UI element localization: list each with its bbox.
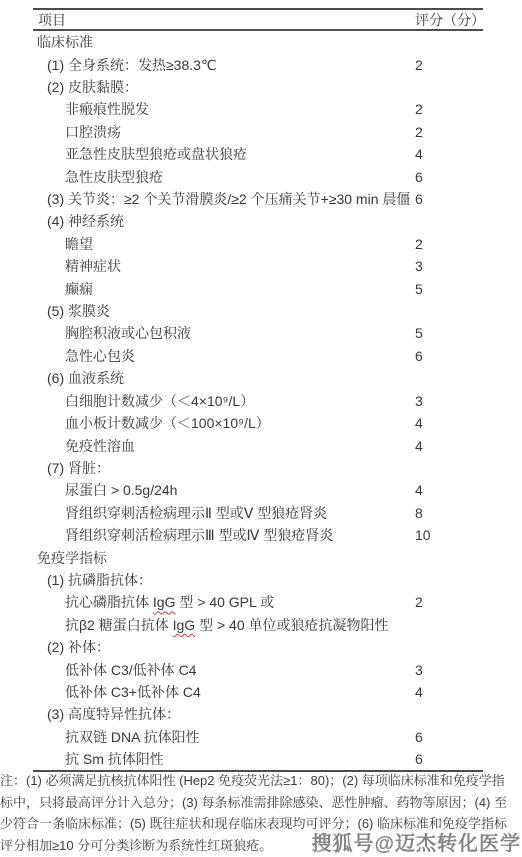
table-row: 临床标准 [33,31,483,53]
page: { "colors": { "text": "#383838", "rule":… [0,0,522,857]
table-row: 抗心磷脂抗体 IgG 型 > 40 GPL 或 2 [33,591,483,613]
row-score: 5 [415,281,423,297]
table-row: (6) 血液系统 [33,367,483,389]
row-score: 6 [415,751,423,767]
table-row: 低补体 C3/低补体 C4 3 [33,658,483,680]
table-row: 血小板计数减少（＜100×10⁹/L） 4 [33,412,483,434]
header-item-label: 项目 [33,10,66,30]
row-score: 8 [415,505,423,521]
table-row: (3) 高度特异性抗体： [33,703,483,725]
table-row: 亚急性皮肤型狼疮或盘状狼疮 4 [33,143,483,165]
table-row: 抗双链 DNA 抗体阳性 6 [33,726,483,748]
table-row: 急性皮肤型狼疮 6 [33,165,483,187]
table-row: 瞻望 2 [33,233,483,255]
row-score: 6 [415,169,423,185]
footnote-line: 标中，只将最高评分计入总分；(3) 每条标准需排除感染、恶性肿瘤、药物等原因；(… [0,792,522,814]
row-score: 2 [415,57,423,73]
row-label: 血小板计数减少（＜100×10⁹/L） [33,413,270,433]
row-label: 亚急性皮肤型狼疮或盘状狼疮 [33,144,247,164]
row-score: 6 [415,348,423,364]
row-label: (3) 关节炎：≥2 个关节滑膜炎/≥2 个压痛关节+≥30 min 晨僵 [33,189,410,209]
header-score-label: 评分（分） [415,10,483,30]
table-row: (2) 补体： [33,636,483,658]
row-score: 3 [415,662,423,678]
criteria-table: 项目 评分（分） 临床标准 (1) 全身系统：发热≥38.3℃ 2 (2) 皮肤… [33,8,483,772]
row-label: 抗心磷脂抗体 IgG 型 > 40 GPL 或 [33,592,274,612]
row-score: 6 [415,191,423,207]
table-row: 尿蛋白 > 0.5g/24h 4 [33,479,483,501]
row-label: 尿蛋白 > 0.5g/24h [33,480,177,500]
row-label: (2) 皮肤黏膜： [33,77,138,97]
table-row: 胸腔积液或心包积液 5 [33,322,483,344]
row-score: 5 [415,325,423,341]
footnote-line: 注：(1) 必须满足抗核抗体阳性 (Hep2 免疫荧光法≥1：80)；(2) 每… [0,770,522,792]
table-row: 肾组织穿刺活检病理示Ⅲ 型或Ⅳ 型狼疮肾炎 10 [33,524,483,546]
row-label: 白细胞计数减少（＜4×10⁹/L） [33,391,254,411]
table-row: 癫痫 5 [33,277,483,299]
row-label: 低补体 C3+低补体 C4 [33,682,201,702]
row-label: 瞻望 [33,234,93,254]
table-row: 精神症状 3 [33,255,483,277]
row-label: 低补体 C3/低补体 C4 [33,660,196,680]
row-label: 癫痫 [33,279,93,299]
table-row: (4) 神经系统 [33,210,483,232]
row-label: (1) 抗磷脂抗体： [33,570,152,590]
row-label: 口腔溃疡 [33,122,121,142]
row-score: 3 [415,258,423,274]
row-label: 肾组织穿刺活检病理示Ⅲ 型或Ⅳ 型狼疮肾炎 [33,525,333,545]
row-score: 4 [415,438,423,454]
table-row: 免疫性溶血 4 [33,434,483,456]
table-row: (1) 抗磷脂抗体： [33,569,483,591]
table-row: 肾组织穿刺活检病理示Ⅱ 型或Ⅴ 型狼疮肾炎 8 [33,502,483,524]
table-row: 白细胞计数减少（＜4×10⁹/L） 3 [33,390,483,412]
row-label: 精神症状 [33,256,121,276]
row-label: (4) 神经系统 [33,211,124,231]
table-row: 免疫学指标 [33,546,483,568]
table-row: (3) 关节炎：≥2 个关节滑膜炎/≥2 个压痛关节+≥30 min 晨僵 6 [33,188,483,210]
row-label: 抗 Sm 抗体阳性 [33,749,164,769]
table-row: 口腔溃疡 2 [33,121,483,143]
table-row: 抗 Sm 抗体阳性 6 [33,748,483,770]
table-row: (7) 肾脏： [33,457,483,479]
row-label: 抗β2 糖蛋白抗体 IgG 型 > 40 单位或狼疮抗凝物阳性 [33,615,389,635]
row-score: 2 [415,236,423,252]
row-label: (3) 高度特异性抗体： [33,704,180,724]
row-label: 急性皮肤型狼疮 [33,167,163,187]
row-label: 急性心包炎 [33,346,135,366]
row-label: (1) 全身系统：发热≥38.3℃ [33,55,217,75]
row-score: 2 [415,594,423,610]
row-label: 肾组织穿刺活检病理示Ⅱ 型或Ⅴ 型狼疮肾炎 [33,503,327,523]
row-score: 4 [415,684,423,700]
table-row: 急性心包炎 6 [33,345,483,367]
row-score: 3 [415,393,423,409]
row-label: 胸腔积液或心包积液 [33,323,191,343]
table-row: (2) 皮肤黏膜： [33,76,483,98]
table-rows: 临床标准 (1) 全身系统：发热≥38.3℃ 2 (2) 皮肤黏膜： 非瘢痕性脱… [33,31,483,772]
row-score: 4 [415,415,423,431]
row-label: 免疫学指标 [33,548,107,568]
row-score: 4 [415,146,423,162]
spellcheck-underline: IgG [173,617,196,633]
row-score: 4 [415,482,423,498]
row-label: (7) 肾脏： [33,458,110,478]
row-label: 免疫性溶血 [33,436,135,456]
row-label: 抗双链 DNA 抗体阳性 [33,727,200,747]
row-label: (2) 补体： [33,637,110,657]
row-label: 临床标准 [33,32,93,52]
table-header: 项目 评分（分） [33,10,483,31]
row-score: 2 [415,101,423,117]
table-row: (1) 全身系统：发热≥38.3℃ 2 [33,53,483,75]
watermark: 搜狐号@迈杰转化医学 [311,827,521,856]
spellcheck-underline: IgG [153,594,176,610]
table-row: 非瘢痕性脱发 2 [33,98,483,120]
row-label: (6) 血液系统 [33,368,124,388]
row-label: (5) 浆膜炎 [33,301,110,321]
table-row: 低补体 C3+低补体 C4 4 [33,681,483,703]
row-label: 非瘢痕性脱发 [33,99,149,119]
row-score: 6 [415,729,423,745]
row-score: 2 [415,124,423,140]
row-score: 10 [415,527,431,543]
table-row: (5) 浆膜炎 [33,300,483,322]
table-row: 抗β2 糖蛋白抗体 IgG 型 > 40 单位或狼疮抗凝物阳性 [33,614,483,636]
